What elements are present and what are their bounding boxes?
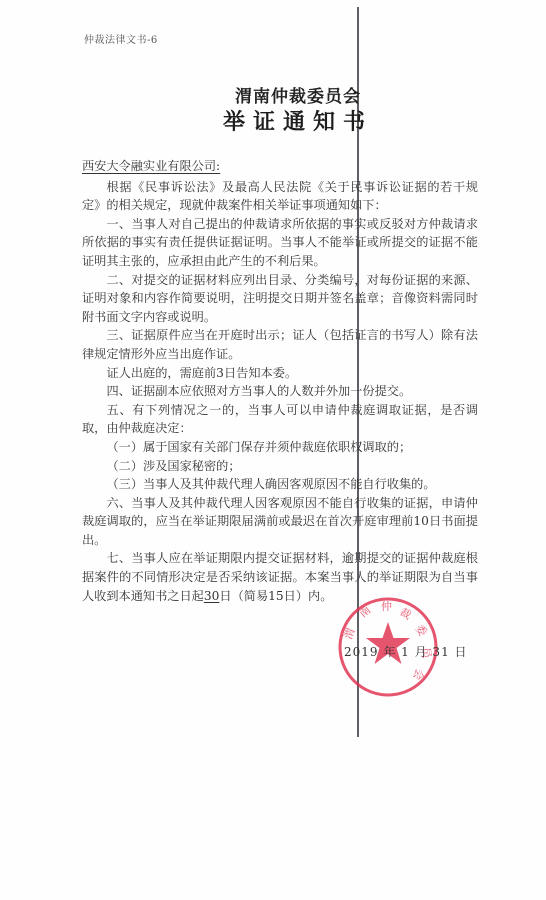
svg-text:南: 南 [357, 603, 374, 620]
item-5-sub-3: （三）当事人及其仲裁代理人确因客观原因不能自行收集的。 [82, 475, 478, 494]
document-page: 仲裁法律文书-6 渭南仲裁委员会 举证通知书 西安大令融实业有限公司: 根据《民… [0, 0, 546, 900]
issue-date: 2019 年 1 月 31 日 [344, 643, 468, 660]
notice-body: 西安大令融实业有限公司: 根据《民事诉讼法》及最高人民法院《关于民事诉讼证据的若… [82, 157, 478, 605]
item-6: 六、当事人及其仲裁代理人因客观原因不能自行收集的证据，申请仲裁庭调取的，应当在举… [82, 494, 478, 550]
addressee: 西安大令融实业有限公司: [82, 157, 478, 176]
item-7-tail: 日（简易15日）内。 [219, 589, 332, 603]
item-5-sub-2: （二）涉及国家秘密的； [82, 457, 478, 476]
item-4: 四、证据副本应依照对方当事人的人数并外加一份提交。 [82, 382, 478, 401]
document-title: 举证通知书 [0, 105, 546, 136]
intro-paragraph: 根据《民事诉讼法》及最高人民法院《关于民事诉讼证据的若干规定》的相关规定，现就仲… [82, 178, 478, 215]
item-5: 五、有下列情况之一的，当事人可以申请仲裁庭调取证据，是否调取，由仲裁庭决定： [82, 401, 478, 438]
item-1: 一、当事人对自己提出的仲裁请求所依据的事实或反驳对方仲裁请求所依据的事实有责任提… [82, 215, 478, 271]
deadline-days: 30 [204, 589, 220, 603]
document-code: 仲裁法律文书-6 [84, 31, 158, 46]
item-2: 二、对提交的证据材料应列出目录、分类编号，对每份证据的来源、证明对象和内容作简要… [82, 271, 478, 327]
svg-text:裁: 裁 [398, 604, 415, 622]
svg-text:渭: 渭 [342, 626, 358, 641]
item-3-witness-note: 证人出庭的，需庭前3日告知本委。 [82, 364, 478, 383]
svg-text:仲: 仲 [381, 599, 392, 613]
item-3: 三、证据原件应当在开庭时出示；证人（包括证言的书写人）除有法律规定情形外应当出庭… [82, 326, 478, 363]
svg-text:委: 委 [413, 622, 430, 638]
organization-name: 渭南仲裁委员会 [0, 82, 546, 107]
item-5-sub-1: （一）属于国家有关部门保存并须仲裁庭依职权调取的； [82, 438, 478, 457]
